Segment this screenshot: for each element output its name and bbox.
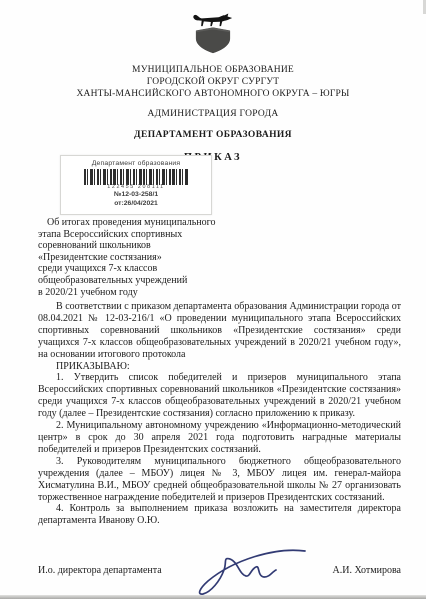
surgut-coat-of-arms-fox-icon [190,10,236,56]
org-name-line2: ГОРОДСКОЙ ОКРУГ СУРГУТ [0,76,426,88]
stamp-department-label: Департамент образования [61,160,211,167]
scan-edge [0,595,426,599]
subject-line: в 2020/21 учебном году [38,287,288,299]
stamp-registration-date: от:26/04/2021 [61,200,211,207]
subject-line: «Президентские состязания» [38,252,288,264]
subject-line: Об итогах проведения муниципального [38,217,288,229]
resolution-word: ПРИКАЗЫВАЮ: [38,361,401,373]
document-page: МУНИЦИПАЛЬНОЕ ОБРАЗОВАНИЕ ГОРОДСКОЙ ОКРУ… [0,0,426,599]
order-body: В соответствии с приказом департамента о… [38,301,401,527]
intro-paragraph: В соответствии с приказом департамента о… [38,301,401,361]
signature-block: И.о. директора департамента А.И. Хотмиро… [38,552,401,594]
registration-stamp: Департамент образования 1224 [60,155,212,215]
org-name-line3: ХАНТЫ-МАНСИЙСКОГО АВТОНОМНОГО ОКРУГА – Ю… [0,88,426,100]
subject-line: этапа Всероссийских спортивных [38,229,288,241]
barcode-icon [84,169,188,185]
order-item-4: 4. Контроль за выполнением приказа возло… [38,503,401,527]
subject-line: соревнований школьников [38,240,288,252]
signer-position: И.о. директора департамента [38,565,162,576]
subject-line: среди учащихся 7-х классов [38,263,288,275]
signer-name: А.И. Хотмирова [333,565,401,576]
administration-line: АДМИНИСТРАЦИЯ ГОРОДА [0,109,426,119]
subject-line: общеобразовательных учреждений [38,275,288,287]
barcode-digits: 122455 208111 [61,184,211,190]
document-header: МУНИЦИПАЛЬНОЕ ОБРАЗОВАНИЕ ГОРОДСКОЙ ОКРУ… [0,10,426,163]
order-subject: Об итогах проведения муниципального этап… [38,217,288,298]
order-item-2: 2. Муниципальному автономному учреждению… [38,420,401,456]
order-item-3: 3. Руководителям муниципального бюджетно… [38,456,401,504]
stamp-registration-number: №12-03-258/1 [61,191,211,198]
org-name-line1: МУНИЦИПАЛЬНОЕ ОБРАЗОВАНИЕ [0,64,426,76]
department-line: ДЕПАРТАМЕНТ ОБРАЗОВАНИЯ [0,130,426,140]
order-item-1: 1. Утвердить список победителей и призер… [38,372,401,420]
handwritten-signature-icon [193,544,313,596]
